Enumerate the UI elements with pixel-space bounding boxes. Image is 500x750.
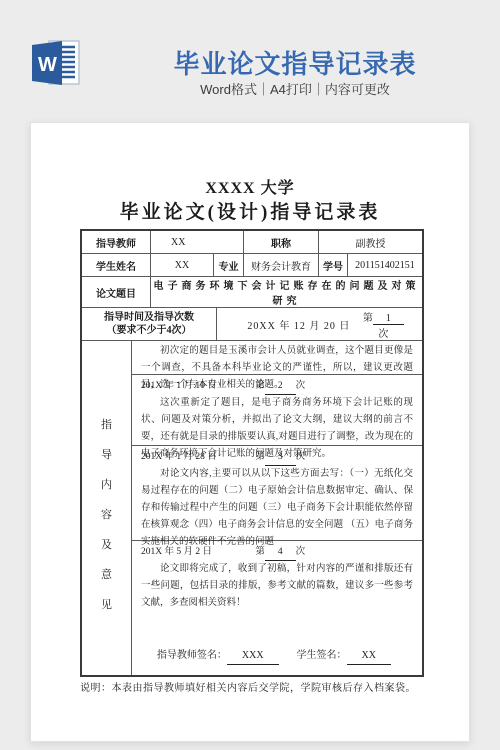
student-signature-label: 学生签名：	[297, 650, 347, 661]
student-name-value: XX	[151, 254, 214, 276]
table-row: 学生姓名 XX 专业 财务会计教育 学号 201151402151	[82, 254, 422, 277]
title-rank-label: 职称	[244, 231, 319, 253]
thesis-title-value: 电子商务环境下会计记账存在的问题及对策研究	[151, 277, 422, 307]
student-name-label: 学生姓名	[82, 254, 151, 276]
schedule-label: 指导时间及指导次数 （要求不少于4次）	[82, 308, 217, 340]
times-number: 2	[265, 378, 296, 395]
schedule-value: 20XX 年 12 月 20 日 第1次	[217, 308, 422, 340]
thesis-title-label: 论文题目	[82, 277, 151, 307]
teacher-value: XX	[151, 231, 244, 253]
table-row: 指导教师 XX 职称 副教授	[82, 231, 422, 254]
guidance-label-cell: 指导内容及意见	[82, 341, 132, 675]
times-number: 4	[265, 544, 296, 561]
signature-line: 指导教师签名：XXX学生签名：XX	[141, 647, 413, 675]
guidance-text-4: 论文即将完成了，收到了初稿，针对内容的严谨和排版还有一些问题，包括目录的排版，参…	[141, 561, 413, 612]
major-value: 财务会计教育	[244, 254, 319, 276]
schedule-row: 指导时间及指导次数 （要求不少于4次） 20XX 年 12 月 20 日 第1次	[82, 308, 422, 341]
guidance-date-2: 201X 年 1 月 10 日 第2次	[141, 377, 413, 395]
footer-note: 说明：本表由指导教师填好相关内容后交学院，学院审核后存入档案袋。	[80, 679, 416, 694]
schedule-label-line2: （要求不少于4次）	[107, 324, 192, 337]
student-signature-value: XX	[347, 647, 391, 665]
schedule-date: 20XX 年 12 月 20 日	[235, 317, 363, 332]
teacher-label: 指导教师	[82, 231, 151, 253]
university-title: XXXX 大学	[31, 175, 469, 198]
guidance-block-1: 初次定的题目是玉溪市会计人员就业调查，这个题目更像是一个调查，不具备本科毕业论文…	[132, 341, 422, 375]
word-icon: W	[29, 39, 83, 87]
schedule-times: 第1次	[363, 309, 404, 340]
major-label: 专业	[214, 254, 244, 276]
guidance-date-3: 201X 年 1 月 28 日 第3次	[141, 448, 413, 466]
table-row: 论文题目 电子商务环境下会计记账存在的问题及对策研究	[82, 277, 422, 308]
student-id-label: 学号	[319, 254, 348, 276]
times-number: 3	[265, 449, 296, 466]
record-table: 指导教师 XX 职称 副教授 学生姓名 XX 专业 财务会计教育 学号 2011…	[80, 229, 424, 677]
title-rank-value: 副教授	[319, 231, 422, 253]
template-header: W 毕业论文指导记录表 Word格式｜A4打印｜内容可更改	[0, 0, 500, 122]
guidance-label-vertical: 指导内容及意见	[100, 410, 113, 620]
teacher-signature-value: XXX	[227, 647, 279, 665]
page-subtitle: Word格式｜A4打印｜内容可更改	[90, 79, 500, 98]
guidance-block-4: 201X 年 5 月 2 日 第4次 论文即将完成了，收到了初稿，针对内容的严谨…	[132, 541, 422, 675]
page-title: 毕业论文指导记录表	[90, 44, 500, 81]
schedule-label-line1: 指导时间及指导次数	[104, 311, 194, 324]
guidance-date-4: 201X 年 5 月 2 日 第4次	[141, 543, 413, 561]
student-id-value: 201151402151	[348, 254, 422, 276]
guidance-content-cell: 初次定的题目是玉溪市会计人员就业调查，这个题目更像是一个调查，不具备本科毕业论文…	[132, 341, 422, 675]
guidance-block-2: 201X 年 1 月 10 日 第2次 这次重新定了题目，是电子商务商务环境下会…	[132, 375, 422, 446]
times-number: 1	[373, 313, 404, 325]
guidance-block-3: 201X 年 1 月 28 日 第3次 对论文内容,主要可以从以下这些方面去写：…	[132, 446, 422, 541]
form-title: 毕业论文(设计)指导记录表	[31, 197, 469, 224]
svg-text:W: W	[38, 54, 57, 76]
teacher-signature-label: 指导教师签名：	[157, 650, 227, 661]
document-page: XXXX 大学 毕业论文(设计)指导记录表 指导教师 XX 职称 副教授 学生姓…	[30, 122, 470, 742]
guidance-row: 指导内容及意见 初次定的题目是玉溪市会计人员就业调查，这个题目更像是一个调查，不…	[82, 341, 422, 675]
guidance-text-3: 对论文内容,主要可以从以下这些方面去写：（一）无纸化交易过程存在的问题（二）电子…	[141, 466, 413, 551]
